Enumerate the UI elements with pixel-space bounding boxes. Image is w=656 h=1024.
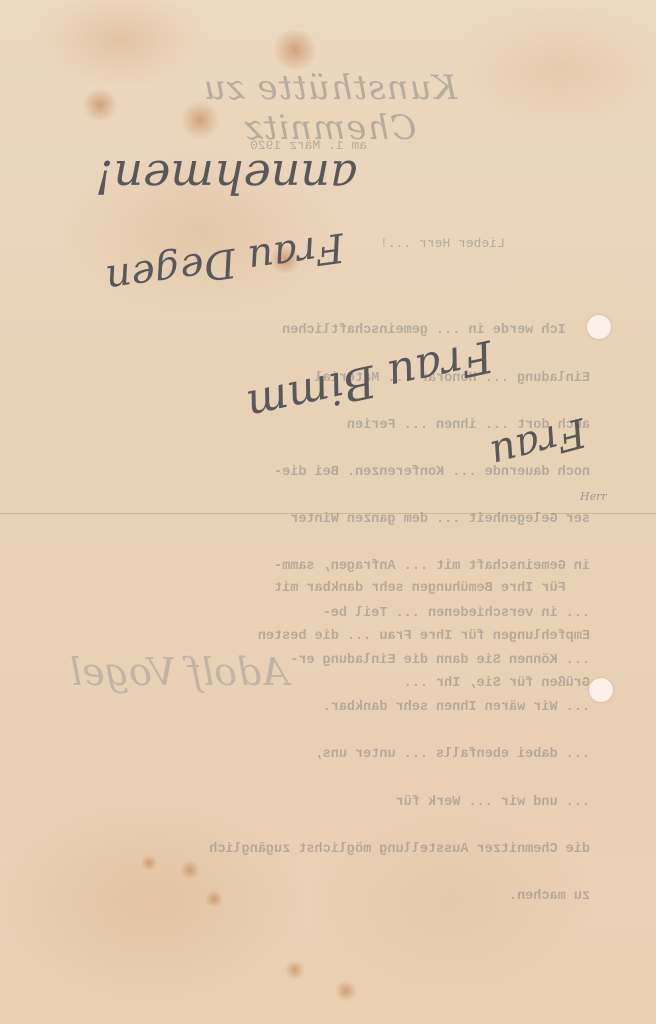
- punch-hole: [589, 678, 613, 702]
- pencil-note-frau-degen: Frau Degen: [103, 224, 347, 303]
- salutation-showthrough: Lieber Herr ...!: [380, 236, 505, 251]
- pencil-note-annehmen: annehmen!: [95, 150, 357, 204]
- stain: [80, 90, 120, 120]
- stain: [270, 30, 320, 70]
- body-line: ... und wir ... Werk für: [70, 795, 590, 811]
- letterhead-showthrough: Kunsthütte zu Chemnitz: [130, 68, 530, 148]
- body-line: ... dabei ebenfalls ... unter uns,: [70, 747, 590, 763]
- body-line: zu machen.: [70, 889, 590, 905]
- stain: [335, 980, 357, 1002]
- document-page: Kunsthütte zu Chemnitz am 1. März 1920 L…: [0, 0, 656, 1024]
- body-line: die Chemnitzer Ausstellung möglichst zug…: [70, 842, 590, 858]
- signature-showthrough: Adolf Vogel: [70, 650, 289, 694]
- stain: [285, 960, 305, 980]
- closing-line: Für Ihre Bemühungen sehr dankbar mit: [70, 581, 590, 597]
- closing-line: Empfehlungen für Ihre Frau ... die beste…: [70, 629, 590, 645]
- body-line: ser Gelegenheit ... dem ganzen Winter: [70, 512, 590, 528]
- margin-note: Herr: [580, 490, 607, 503]
- body-line: Ich werde in ... gemeinschaftlichen: [70, 323, 590, 339]
- punch-hole: [587, 315, 611, 339]
- closing-showthrough: Für Ihre Bemühungen sehr dankbar mit Emp…: [70, 550, 590, 723]
